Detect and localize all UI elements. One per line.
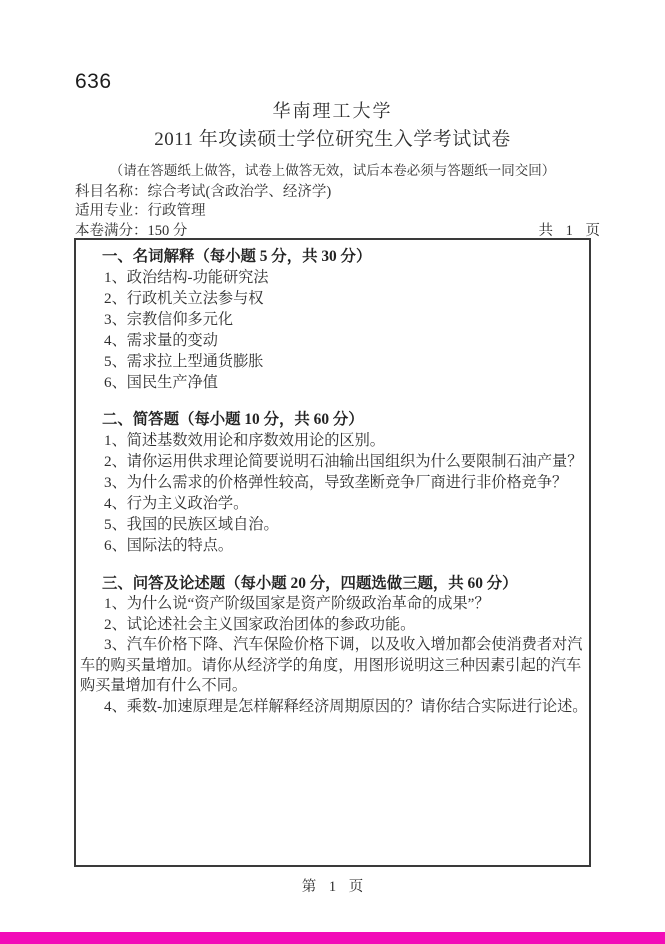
section-2-question-4: 4、行为主义政治学。 (76, 493, 589, 514)
section-2-question-6: 6、国际法的特点。 (76, 535, 589, 556)
section-2-question-5: 5、我国的民族区域自治。 (76, 514, 589, 535)
university-name: 华南理工大学 (0, 97, 665, 123)
section-3: 三、问答及论述题（每小题 20 分，四题选做三题，共 60 分） 1、为什么说“… (76, 573, 589, 717)
total-score: 本卷满分：150 分 (75, 223, 187, 239)
answer-sheet-notice: （请在答题纸上做答，试卷上做答无效，试后本卷必须与答题纸一同交回） (0, 159, 665, 179)
section-1-title: 一、名词解释（每小题 5 分，共 30 分） (76, 246, 589, 267)
exam-meta: 科目名称：综合考试(含政治学、经济学) 适用专业：行政管理 本卷满分：150 分… (75, 183, 600, 241)
applicable-major: 适用专业：行政管理 (75, 202, 600, 221)
page-number: 第 1 页 (0, 875, 665, 896)
section-2-title: 二、简答题（每小题 10 分，共 60 分） (76, 409, 589, 430)
section-2-question-3: 3、为什么需求的价格弹性较高，导致垄断竞争厂商进行非价格竞争？ (76, 472, 589, 493)
paper-code: 636 (75, 70, 112, 94)
exam-paper-page: 636 华南理工大学 2011 年攻读硕士学位研究生入学考试试卷 （请在答题纸上… (0, 0, 665, 944)
section-2-question-1: 1、简述基数效用论和序数效用论的区别。 (76, 430, 589, 451)
section-1-question-3: 3、宗教信仰多元化 (76, 309, 589, 330)
scan-artifact-bar (0, 932, 665, 944)
exam-title: 2011 年攻读硕士学位研究生入学考试试卷 (0, 124, 665, 151)
section-2-question-2: 2、请你运用供求理论简要说明石油输出国组织为什么要限制石油产量？ (76, 451, 589, 472)
section-3-question-1: 1、为什么说“资产阶级国家是资产阶级政治革命的成果”？ (76, 594, 589, 615)
subject-name: 科目名称：综合考试(含政治学、经济学) (75, 183, 600, 202)
section-3-title: 三、问答及论述题（每小题 20 分，四题选做三题，共 60 分） (76, 573, 589, 594)
questions-box: 一、名词解释（每小题 5 分，共 30 分） 1、政治结构-功能研究法 2、行政… (74, 238, 591, 867)
section-1-question-5: 5、需求拉上型通货膨胀 (76, 351, 589, 372)
section-1-question-4: 4、需求量的变动 (76, 330, 589, 351)
section-1-question-2: 2、行政机关立法参与权 (76, 288, 589, 309)
section-1-question-6: 6、国民生产净值 (76, 372, 589, 393)
section-3-question-2: 2、试论述社会主义国家政治团体的参政功能。 (76, 615, 589, 636)
section-1-question-1: 1、政治结构-功能研究法 (76, 267, 589, 288)
section-3-question-4: 4、乘数-加速原理是怎样解释经济周期原因的？请你结合实际进行论述。 (76, 697, 589, 718)
section-3-question-3: 3、汽车价格下降、汽车保险价格下调，以及收入增加都会使消费者对汽车的购买量增加。… (76, 635, 589, 697)
